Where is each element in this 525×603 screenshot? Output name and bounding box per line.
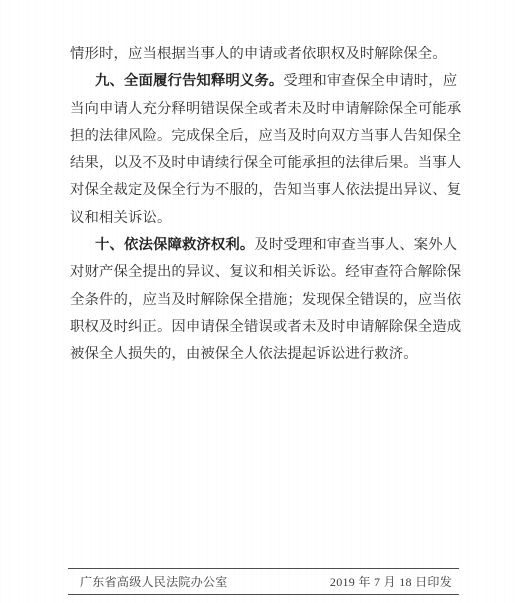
text-line-section-9: 九、全面履行告知释明义务。受理和审查保全申请时，应 (70, 68, 462, 95)
line-text: 职权及时纠正。因申请保全错误或者未及时申请解除保全造成 (70, 319, 461, 335)
section-heading: 十、依法保障救济权利。 (95, 237, 254, 253)
line-text: 对保全裁定及保全行为不服的，告知当事人依法提出异议、复 (70, 182, 461, 198)
text-line: 全条件的，应当及时解除保全措施；发现保全错误的，应当依 (70, 287, 462, 314)
line-text: 担的法律风险。完成保全后，应当及时向双方当事人告知保全 (70, 128, 461, 144)
section-heading: 九、全面履行告知释明义务。 (95, 73, 283, 89)
document-footer: 广东省高级人民法院办公室 2019 年 7 月 18 日印发 (68, 568, 459, 595)
text-line: 对财产保全提出的异议、复议和相关诉讼。经审查符合解除保 (70, 259, 462, 286)
line-text: 结果，以及不及时申请续行保全可能承担的法律后果。当事人 (70, 155, 461, 171)
footer-issuer: 广东省高级人民法院办公室 (80, 573, 228, 590)
text-line: 议和相关诉讼。 (70, 205, 462, 232)
line-text: 议和相关诉讼。 (70, 210, 171, 226)
line-text: 当向申请人充分释明错误保全或者未及时申请解除保全可能承 (70, 101, 461, 117)
text-line: 职权及时纠正。因申请保全错误或者未及时申请解除保全造成 (70, 314, 462, 341)
text-line: 担的法律风险。完成保全后，应当及时向双方当事人告知保全 (70, 123, 462, 150)
text-line: 对保全裁定及保全行为不服的，告知当事人依法提出异议、复 (70, 177, 462, 204)
text-line: 情形时，应当根据当事人的申请或者依职权及时解除保全。 (70, 41, 462, 68)
text-line: 被保全人损失的，由被保全人依法提起诉讼进行救济。 (70, 341, 462, 368)
line-text: 对财产保全提出的异议、复议和相关诉讼。经审查符合解除保 (70, 264, 461, 280)
line-text: 情形时，应当根据当事人的申请或者依职权及时解除保全。 (70, 46, 447, 62)
text-line: 结果，以及不及时申请续行保全可能承担的法律后果。当事人 (70, 150, 462, 177)
line-text: 全条件的，应当及时解除保全措施；发现保全错误的，应当依 (70, 292, 461, 308)
footer-print-date: 2019 年 7 月 18 日印发 (330, 573, 452, 590)
line-text: 受理和审查保全申请时，应 (283, 73, 457, 89)
document-body: 情形时，应当根据当事人的申请或者依职权及时解除保全。 九、全面履行告知释明义务。… (70, 41, 462, 369)
text-line: 当向申请人充分释明错误保全或者未及时申请解除保全可能承 (70, 96, 462, 123)
document-page: 情形时，应当根据当事人的申请或者依职权及时解除保全。 九、全面履行告知释明义务。… (0, 0, 525, 603)
line-text: 及时受理和审查当事人、案外人 (254, 237, 457, 253)
text-line-section-10: 十、依法保障救济权利。及时受理和审查当事人、案外人 (70, 232, 462, 259)
line-text: 被保全人损失的，由被保全人依法提起诉讼进行救济。 (70, 346, 418, 362)
